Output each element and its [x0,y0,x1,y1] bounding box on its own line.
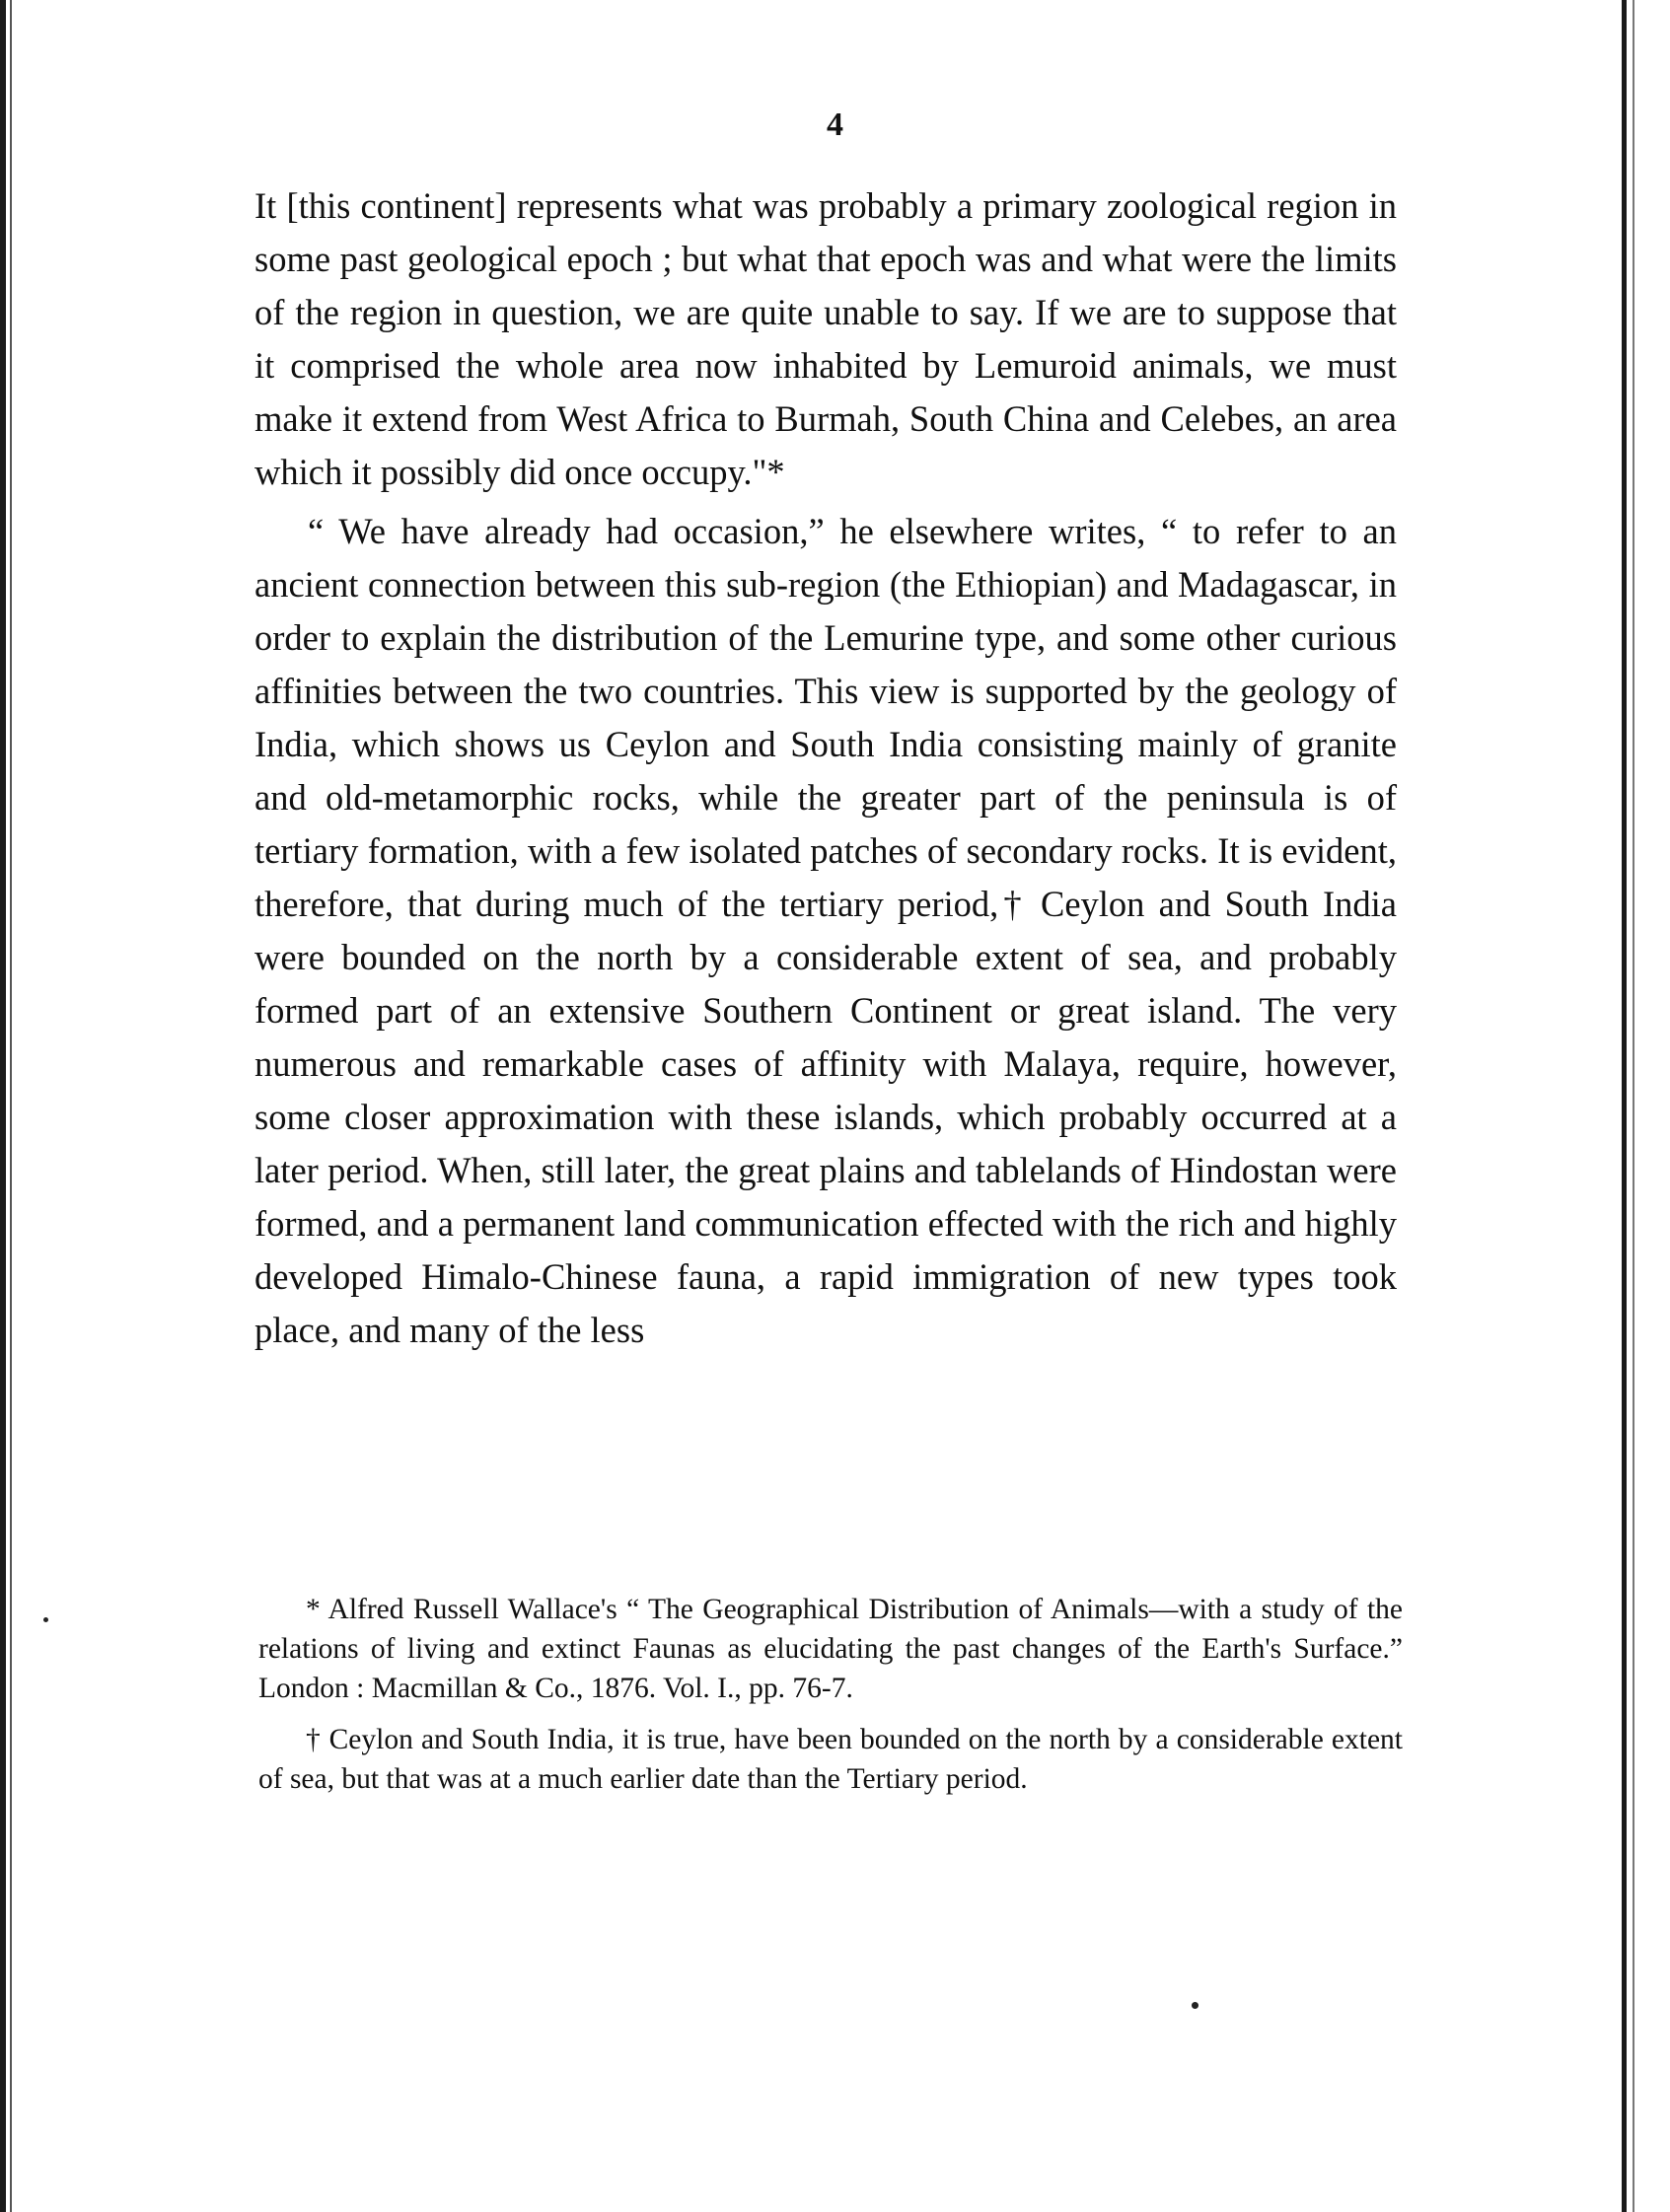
footnote-dagger: † Ceylon and South India, it is true, ha… [258,1720,1403,1799]
body-text: It [this continent] represents what was … [254,179,1397,1357]
paragraph-1: It [this continent] represents what was … [254,179,1397,499]
scan-edge-left [0,0,6,2212]
scan-edge-right-inner [1633,0,1634,2212]
scan-edge-right [1622,0,1627,2212]
paragraph-2: “ We have already had occasion,” he else… [254,505,1397,1357]
scan-speck [1192,2002,1198,2009]
footnotes: * Alfred Russell Wallace's “ The Geograp… [258,1590,1403,1799]
scan-speck [43,1617,48,1622]
footnote-asterisk: * Alfred Russell Wallace's “ The Geograp… [258,1590,1403,1708]
page-number: 4 [0,107,1670,144]
scan-edge-left-inner [10,0,12,2212]
